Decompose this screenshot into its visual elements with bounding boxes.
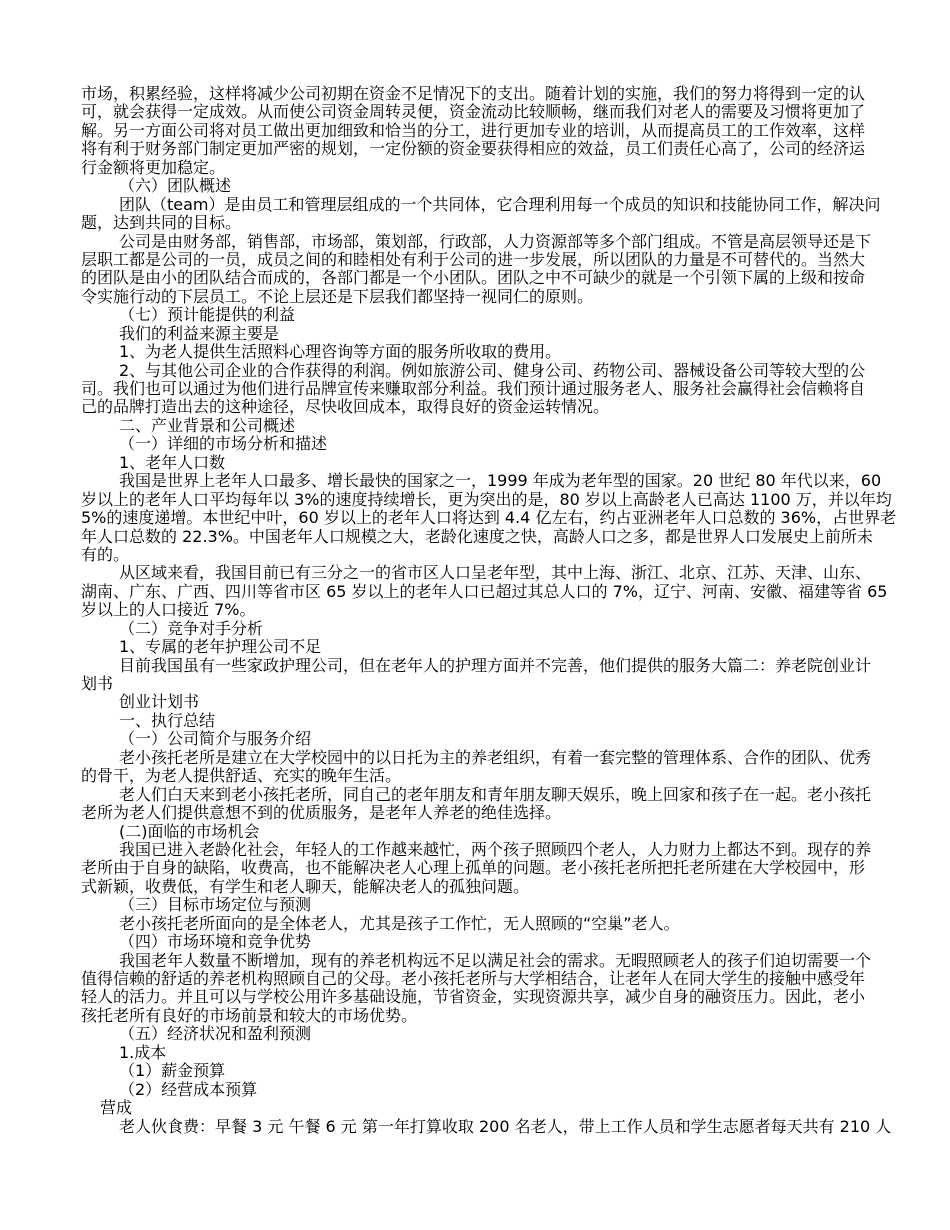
text-line: 5%的速度递增。本世纪中叶，60 岁以上的老年人口将达到 4.4 亿左右，约占亚…	[81, 509, 869, 527]
text-line: （三）目标市场定位与预测	[81, 896, 869, 914]
text-line: （1）薪金预算	[81, 1062, 869, 1080]
text-line: 己的品牌打造出去的这种途径，尽快收回成本，取得良好的资金运转情况。	[81, 398, 869, 416]
text-line: 令实施行动的下层员工。不论上层还是下层我们都坚持一视同仁的原则。	[81, 288, 869, 306]
document-page: 市场，积累经验，这样将减少公司初期在资金不足情况下的支出。随着计划的实施，我们的…	[0, 0, 950, 1230]
text-line: 年人口总数的 22.3%。中国老年人口规模之大，老龄化速度之快，高龄人口之多，都…	[81, 528, 869, 546]
text-line: 司。我们也可以通过为他们进行品牌宣传来赚取部分利益。我们预计通过服务老人、服务社…	[81, 380, 869, 398]
text-line: （一）详细的市场分析和描述	[81, 435, 869, 453]
text-line: 老所为老人们提供意想不到的优质服务，是老年人养老的绝佳选择。	[81, 804, 869, 822]
text-line: 我国是世界上老年人口最多、增长最快的国家之一，1999 年成为老年型的国家。20…	[81, 472, 869, 490]
text-line: 二、产业背景和公司概述	[81, 417, 869, 435]
text-line: 目前我国虽有一些家政护理公司，但在老年人的护理方面并不完善，他们提供的服务大篇二…	[81, 657, 869, 675]
text-line: （四）市场环境和竞争优势	[81, 933, 869, 951]
text-line: 1、为老人提供生活照料心理咨询等方面的服务所收取的费用。	[81, 343, 869, 361]
text-line: (二)面临的市场机会	[81, 823, 869, 841]
text-line: 市场，积累经验，这样将减少公司初期在资金不足情况下的支出。随着计划的实施，我们的…	[81, 85, 869, 103]
text-line: 有的。	[81, 546, 869, 564]
text-line: （二）竞争对手分析	[81, 620, 869, 638]
text-line: 将有利于财务部门制定更加严密的规划，一定份额的资金要获得相应的效益，员工们责任心…	[81, 140, 869, 158]
text-line: 可，就会获得一定成效。从而使公司资金周转灵便，资金流动比较顺畅，继而我们对老人的…	[81, 103, 869, 121]
text-line: （七）预计能提供的利益	[81, 306, 869, 324]
text-line: 湖南、广东、广西、四川等省市区 65 岁以上的老年人口已超过其总人口的 7%，辽…	[81, 583, 869, 601]
text-line: 老人伙食费：早餐 3 元 午餐 6 元 第一年打算收取 200 名老人，带上工作…	[81, 1118, 869, 1136]
text-line: 公司是由财务部，销售部，市场部，策划部，行政部，人力资源部等多个部门组成。不管是…	[81, 233, 869, 251]
text-line: 题，达到共同的目标。	[81, 214, 869, 232]
text-line: 我们的利益来源主要是	[81, 325, 869, 343]
text-line: 岁以上的人口接近 7%。	[81, 601, 869, 619]
text-line: 老小孩托老所面向的是全体老人，尤其是孩子工作忙，无人照顾的“空巢”老人。	[81, 915, 869, 933]
text-line: 值得信赖的舒适的养老机构照顾自己的父母。老小孩托老所与大学相结合，让老年人在同大…	[81, 970, 869, 988]
text-line: 1、老年人口数	[81, 454, 869, 472]
text-line: 一、执行总结	[81, 712, 869, 730]
text-line: 营成	[81, 1099, 869, 1117]
text-line: 划书	[81, 675, 869, 693]
text-line: 老所由于自身的缺陷，收费高，也不能解决老人心理上孤单的问题。老小孩托老所把托老所…	[81, 859, 869, 877]
text-line: 我国老年人数量不断增加，现有的养老机构远不足以满足社会的需求。无暇照顾老人的孩子…	[81, 952, 869, 970]
text-line: （五）经济状况和盈利预测	[81, 1025, 869, 1043]
text-line: 的骨干，为老人提供舒适、充实的晚年生活。	[81, 767, 869, 785]
text-line: （一）公司简介与服务介绍	[81, 730, 869, 748]
document-body: 市场，积累经验，这样将减少公司初期在资金不足情况下的支出。随着计划的实施，我们的…	[81, 85, 869, 1136]
text-line: 1.成本	[81, 1044, 869, 1062]
text-line: 岁以上的老年人口平均每年以 3%的速度持续增长，更为突出的是，80 岁以上高龄老…	[81, 491, 869, 509]
text-line: 解。另一方面公司将对员工做出更加细致和恰当的分工，进行更加专业的培训，从而提高员…	[81, 122, 869, 140]
text-line: 1、专属的老年护理公司不足	[81, 638, 869, 656]
text-line: 团队（team）是由员工和管理层组成的一个共同体，它合理利用每一个成员的知识和技…	[81, 196, 869, 214]
text-line: 层职工都是公司的一员，成员之间的和睦相处有利于公司的进一步发展，所以团队的力量是…	[81, 251, 869, 269]
text-line: 的团队是由小的团队结合而成的，各部门都是一个小团队。团队之中不可缺少的就是一个引…	[81, 269, 869, 287]
text-line: 式新颖，收费低，有学生和老人聊天，能解决老人的孤独问题。	[81, 878, 869, 896]
text-line: （六）团队概述	[81, 177, 869, 195]
text-line: 行金额将更加稳定。	[81, 159, 869, 177]
text-line: （2）经营成本预算	[81, 1081, 869, 1099]
text-line: 轻人的活力。并且可以与学校公用许多基础设施，节省资金，实现资源共享，减少自身的融…	[81, 988, 869, 1006]
text-line: 创业计划书	[81, 693, 869, 711]
text-line: 2、与其他公司企业的合作获得的利润。例如旅游公司、健身公司、药物公司、器械设备公…	[81, 362, 869, 380]
text-line: 从区域来看，我国目前已有三分之一的省市区人口呈老年型，其中上海、浙江、北京、江苏…	[81, 564, 869, 582]
text-line: 老小孩托老所是建立在大学校园中的以日托为主的养老组织，有着一套完整的管理体系、合…	[81, 749, 869, 767]
text-line: 老人们白天来到老小孩托老所，同自己的老年朋友和青年朋友聊天娱乐，晚上回家和孩子在…	[81, 786, 869, 804]
text-line: 孩托老所有良好的市场前景和较大的市场优势。	[81, 1007, 869, 1025]
text-line: 我国已进入老龄化社会，年轻人的工作越来越忙，两个孩子照顾四个老人，人力财力上都达…	[81, 841, 869, 859]
